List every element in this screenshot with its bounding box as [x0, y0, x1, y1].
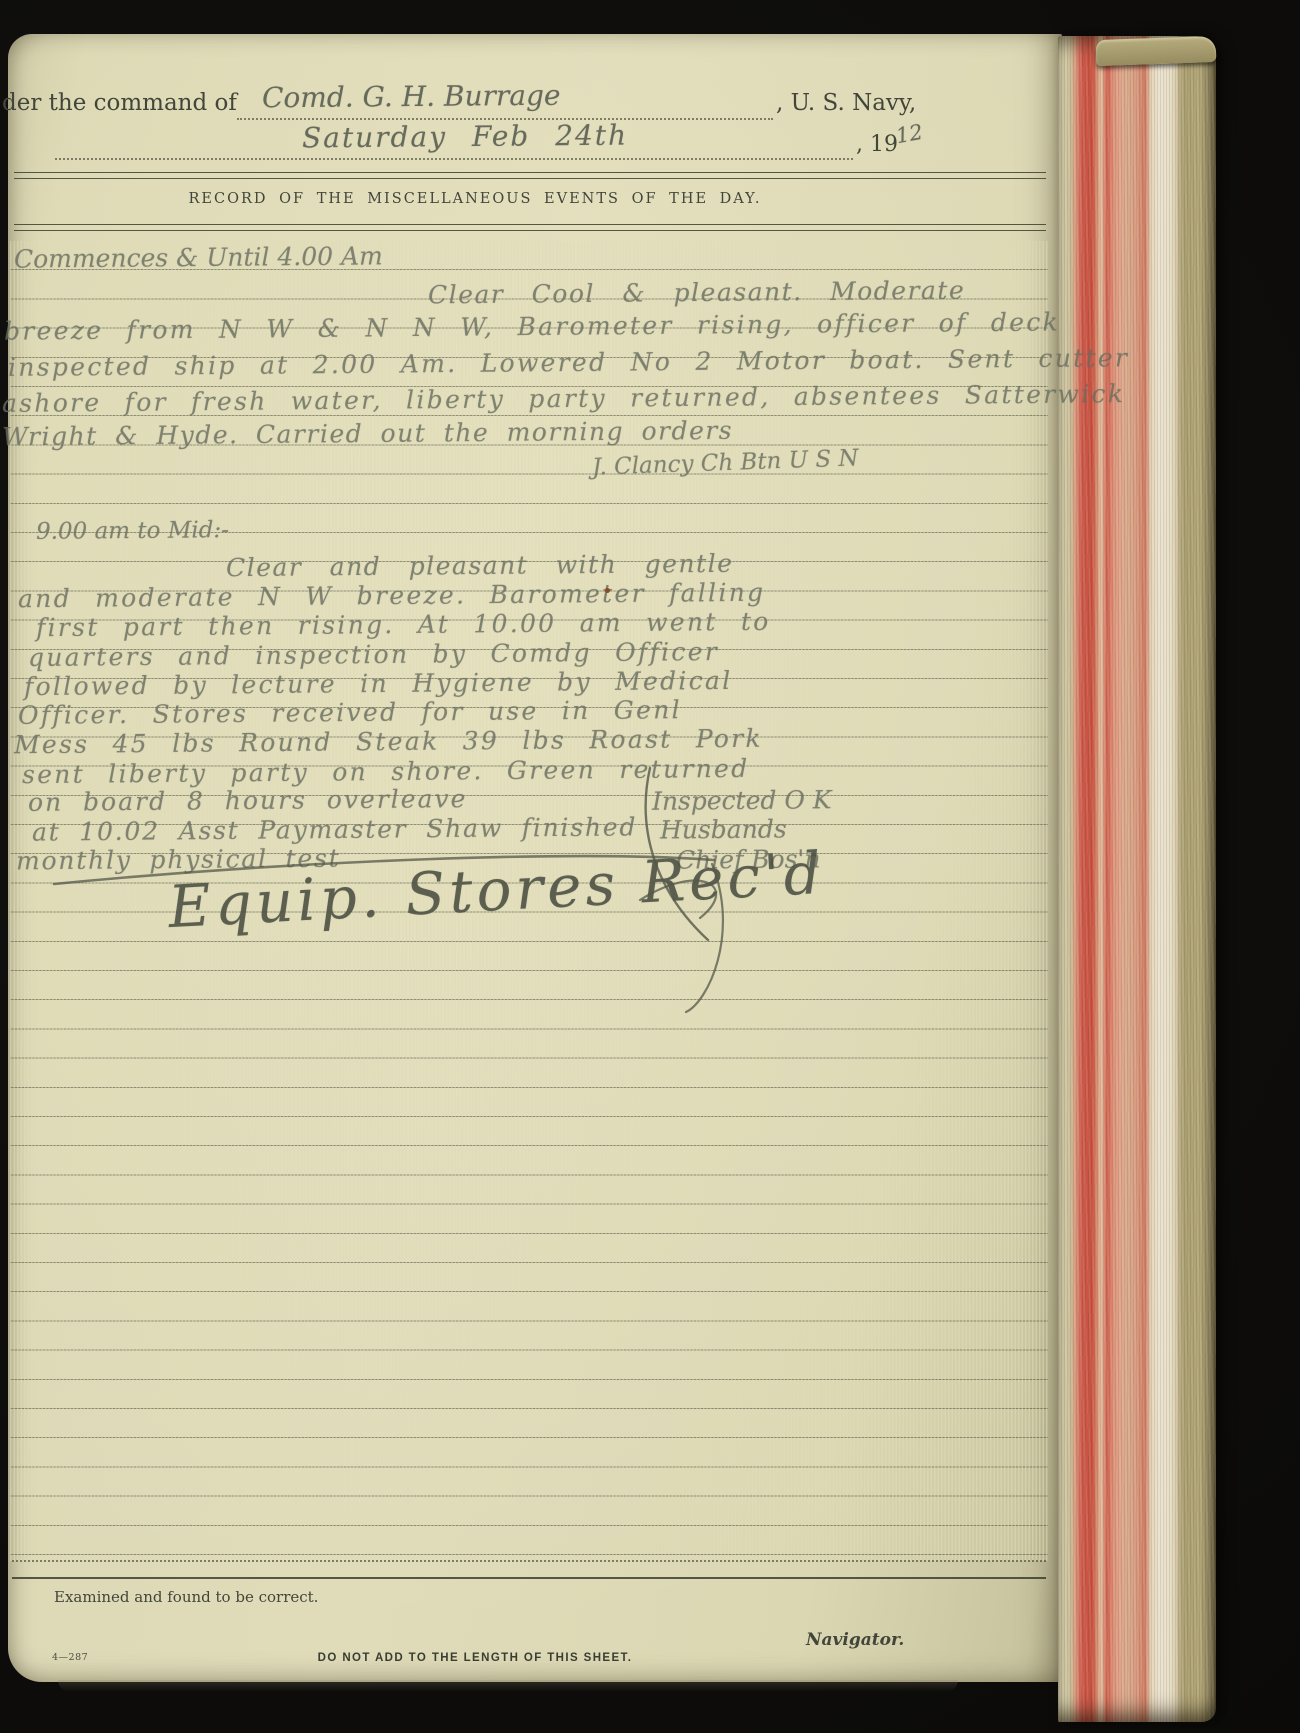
log-line: at 10.02 Asst Paymaster Shaw finished	[32, 812, 637, 846]
log-line: Clear and pleasant with gentle	[226, 549, 734, 582]
length-warning: DO NOT ADD TO THE LENGTH OF THIS SHEET.	[10, 1652, 940, 1664]
log-line: on board 8 hours overleave	[28, 784, 468, 817]
log-line: 9.00 am to Mid:-	[36, 517, 229, 545]
year-prefix-text: , 19	[856, 132, 898, 157]
navigator-label: Navigator.	[806, 1630, 904, 1650]
date-handwritten: Saturday Feb 24th	[302, 119, 628, 155]
log-line: Commences & Until 4.00 Am	[14, 241, 383, 273]
header-rule-top-a	[14, 172, 1046, 173]
side-note: Inspected O K	[652, 785, 832, 816]
date-ruled-line	[55, 158, 853, 160]
examined-statement: Examined and found to be correct.	[54, 1588, 318, 1606]
book-fore-edge-pages	[1058, 36, 1216, 1722]
header-rule-top-b	[14, 178, 1046, 179]
bottom-boundary-dotted	[12, 1560, 1046, 1562]
page-under-shadow	[58, 1680, 958, 1692]
ink-speck	[605, 588, 610, 593]
year-handwritten: 12	[894, 120, 924, 148]
side-note: Husbands	[660, 814, 787, 844]
logbook-scan: der the command of Comd. G. H. Burrage ,…	[0, 0, 1300, 1733]
section-title: RECORD OF THE MISCELLANEOUS EVENTS OF TH…	[10, 191, 940, 207]
header-rule-bottom-b	[14, 230, 1046, 231]
book-cover-headcap	[1096, 36, 1217, 66]
header-rule-bottom-a	[14, 224, 1046, 225]
bottom-boundary-rule	[12, 1577, 1046, 1579]
command-prefix-text: der the command of	[2, 90, 237, 116]
log-line: Clear Cool & pleasant. Moderate	[428, 276, 965, 310]
navy-suffix-text: , U. S. Navy,	[776, 90, 916, 116]
commander-name-handwritten: Comd. G. H. Burrage	[262, 79, 561, 115]
